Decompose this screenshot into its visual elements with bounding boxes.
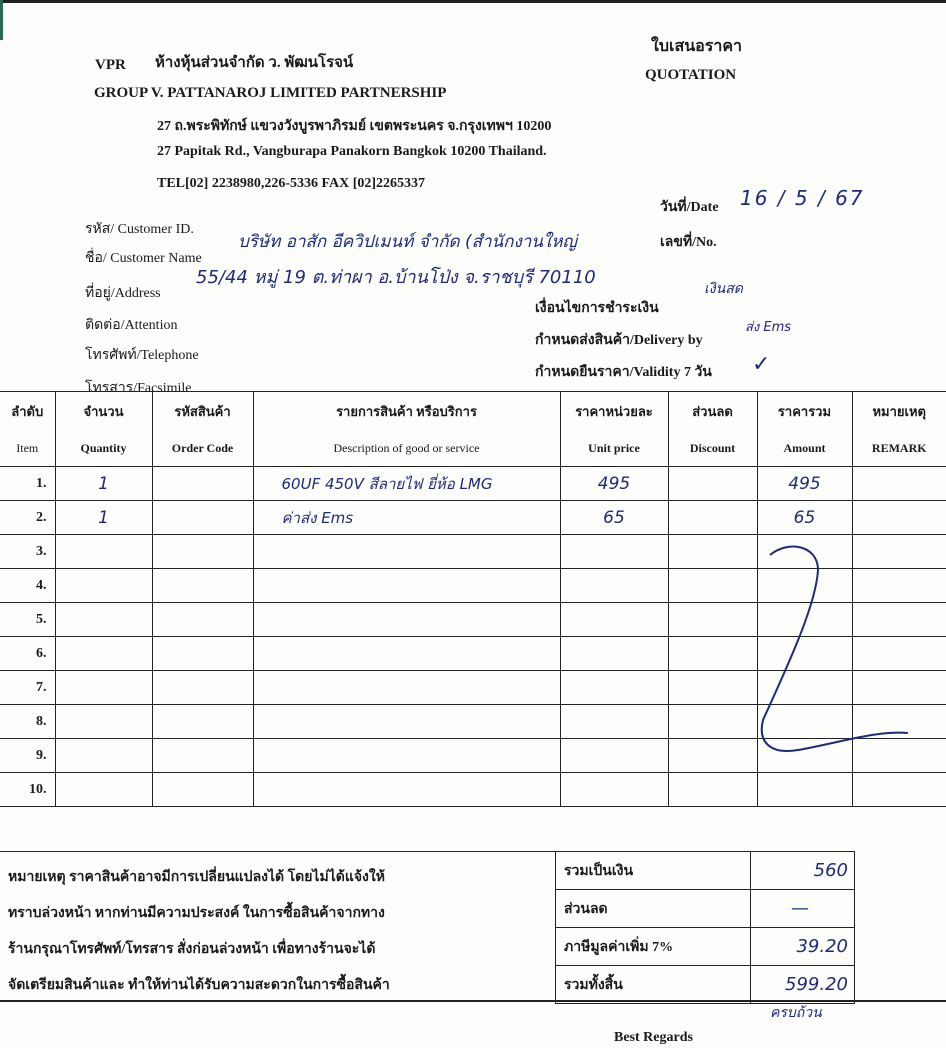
company-address-th: 27 ถ.พระพิทักษ์ แขวงวังบูรพาภิรมย์ เขตพร…: [157, 115, 551, 137]
item-number: 4.: [0, 569, 55, 603]
item-remark: [852, 671, 946, 705]
item-order-code: [152, 637, 253, 671]
item-discount: [668, 501, 757, 535]
col-item-en: Item: [0, 430, 55, 467]
item-description: [253, 705, 560, 739]
item-number: 7.: [0, 671, 55, 705]
item-amount: [757, 671, 852, 705]
summary-total: รวมทั้งสิ้น 599.20: [556, 966, 855, 1004]
scan-top-edge: [0, 0, 946, 3]
payment-terms-value: เงินสด: [704, 278, 743, 300]
item-unit-price: [560, 569, 668, 603]
item-order-code: [152, 739, 253, 773]
table-row: 8.: [0, 705, 946, 739]
item-amount: 65: [757, 501, 852, 535]
item-order-code: [152, 501, 253, 535]
col-code-en: Order Code: [152, 430, 253, 467]
item-unit-price: [560, 773, 668, 807]
document-title-th: ใบเสนอราคา: [651, 34, 742, 59]
customer-id-label: รหัส/ Customer ID.: [85, 218, 194, 240]
item-description: [253, 671, 560, 705]
item-remark: [852, 603, 946, 637]
col-qty-th: จำนวน: [55, 392, 152, 431]
item-discount: [668, 569, 757, 603]
item-number: 2.: [0, 501, 55, 535]
item-unit-price: [560, 637, 668, 671]
item-discount: [668, 535, 757, 569]
terms-note-line: จัดเตรียมสินค้าและ ทำให้ท่านได้รับความสะ…: [8, 968, 548, 1004]
col-qty-en: Quantity: [55, 430, 152, 467]
item-quantity: 1: [55, 467, 152, 501]
item-number: 8.: [0, 705, 55, 739]
item-discount: [668, 603, 757, 637]
col-desc-th: รายการสินค้า หรือบริการ: [253, 392, 560, 431]
item-number: 9.: [0, 739, 55, 773]
item-unit-price: 65: [560, 501, 668, 535]
item-order-code: [152, 705, 253, 739]
item-quantity: 1: [55, 501, 152, 535]
table-row: 6.: [0, 637, 946, 671]
item-quantity: [55, 671, 152, 705]
col-desc-en: Description of good or service: [253, 430, 560, 467]
vat-value: 39.20: [751, 928, 855, 966]
col-unit-th: ราคาหน่วยละ: [560, 392, 668, 431]
table-row: 3.: [0, 535, 946, 569]
col-code-th: รหัสสินค้า: [152, 392, 253, 431]
company-name-en: GROUP V. PATTANAROJ LIMITED PARTNERSHIP: [94, 85, 446, 102]
table-header-en: Item Quantity Order Code Description of …: [0, 430, 946, 467]
terms-note-line: ร้านกรุณาโทรศัพท์/โทรสาร สั่งก่อนล่วงหน้…: [8, 932, 548, 968]
item-description: [253, 535, 560, 569]
item-quantity: [55, 773, 152, 807]
summary-subtotal: รวมเป็นเงิน 560: [556, 852, 855, 890]
item-number: 6.: [0, 637, 55, 671]
item-amount: [757, 569, 852, 603]
item-unit-price: [560, 705, 668, 739]
item-description: [253, 773, 560, 807]
company-address-en: 27 Papitak Rd., Vangburapa Panakorn Bang…: [157, 144, 547, 160]
item-description: [253, 637, 560, 671]
subtotal-value: 560: [751, 852, 855, 890]
vat-label: ภาษีมูลค่าเพิ่ม 7%: [556, 928, 751, 966]
item-discount: [668, 637, 757, 671]
customer-name-label: ชื่อ/ Customer Name: [85, 247, 202, 269]
footer-divider: [0, 851, 555, 852]
table-row: 7.: [0, 671, 946, 705]
bottom-divider: [0, 1000, 946, 1002]
items-table: ลำดับ จำนวน รหัสสินค้า รายการสินค้า หรือ…: [0, 391, 946, 807]
date-value: 16 / 5 / 67: [740, 186, 865, 210]
item-unit-price: [560, 671, 668, 705]
item-quantity: [55, 739, 152, 773]
table-row: 4.: [0, 569, 946, 603]
number-label: เลขที่/No.: [660, 231, 717, 253]
total-value: 599.20: [751, 966, 855, 1004]
item-number: 1.: [0, 467, 55, 501]
item-order-code: [152, 773, 253, 807]
item-remark: [852, 773, 946, 807]
item-description: 60UF 450V สีลายไฟ ยี่ห้อ LMG: [253, 467, 560, 501]
summary-discount: ส่วนลด —: [556, 890, 855, 928]
col-discount-th: ส่วนลด: [668, 392, 757, 431]
customer-address-value: 55/44 หมู่ 19 ต.ท่าผา อ.บ้านโป่ง จ.ราชบุ…: [196, 262, 596, 291]
item-order-code: [152, 671, 253, 705]
terms-note-line: ทราบล่วงหน้า หากท่านมีความประสงค์ ในการซ…: [8, 896, 548, 932]
scan-left-edge: [0, 0, 3, 40]
item-order-code: [152, 603, 253, 637]
item-remark: [852, 501, 946, 535]
item-amount: [757, 637, 852, 671]
customer-address-label: ที่อยู่/Address: [85, 282, 161, 304]
item-unit-price: [560, 535, 668, 569]
delivery-value: ส่ง Ems: [745, 316, 791, 337]
item-description: [253, 739, 560, 773]
item-remark: [852, 637, 946, 671]
col-amount-en: Amount: [757, 430, 852, 467]
item-quantity: [55, 705, 152, 739]
terms-note-line: หมายเหตุ ราคาสินค้าอาจมีการเปลี่ยนแปลงได…: [8, 860, 548, 896]
payment-terms-label: เงื่อนไขการชำระเงิน: [535, 297, 659, 319]
table-row: 10.: [0, 773, 946, 807]
discount-value: —: [751, 890, 855, 928]
col-item-th: ลำดับ: [0, 392, 55, 431]
company-contact: TEL[02] 2238980,226-5336 FAX [02]2265337: [157, 176, 425, 192]
item-description: ค่าส่ง Ems: [253, 501, 560, 535]
attention-label: ติดต่อ/Attention: [85, 314, 177, 336]
summary-vat: ภาษีมูลค่าเพิ่ม 7% 39.20: [556, 928, 855, 966]
subtotal-label: รวมเป็นเงิน: [556, 852, 751, 890]
customer-name-value: บริษัท อาสัก อีควิปเมนท์ จำกัด (สำนักงาน…: [238, 228, 577, 255]
table-row: 5.: [0, 603, 946, 637]
table-row: 2.1ค่าส่ง Ems6565: [0, 501, 946, 535]
item-discount: [668, 705, 757, 739]
table-header-th: ลำดับ จำนวน รหัสสินค้า รายการสินค้า หรือ…: [0, 392, 946, 431]
document-title-en: QUOTATION: [645, 67, 736, 84]
item-amount: [757, 739, 852, 773]
col-remark-en: REMARK: [852, 430, 946, 467]
delivery-label: กำหนดส่งสินค้า/Delivery by: [535, 329, 703, 351]
company-name-th: ห้างหุ้นส่วนจำกัด ว. พัฒนโรจน์: [155, 50, 353, 74]
item-description: [253, 569, 560, 603]
validity-label: กำหนดยืนราคา/Validity 7 วัน: [535, 361, 712, 383]
col-amount-th: ราคารวม: [757, 392, 852, 431]
best-regards: Best Regards: [614, 1030, 693, 1046]
item-number: 3.: [0, 535, 55, 569]
item-unit-price: [560, 603, 668, 637]
item-amount: 495: [757, 467, 852, 501]
item-quantity: [55, 603, 152, 637]
item-discount: [668, 671, 757, 705]
item-amount: [757, 773, 852, 807]
discount-label: ส่วนลด: [556, 890, 751, 928]
item-quantity: [55, 637, 152, 671]
item-remark: [852, 467, 946, 501]
telephone-label: โทรศัพท์/Telephone: [85, 344, 199, 366]
terms-note: หมายเหตุ ราคาสินค้าอาจมีการเปลี่ยนแปลงได…: [8, 860, 548, 1004]
col-unit-en: Unit price: [560, 430, 668, 467]
table-row: 9.: [0, 739, 946, 773]
total-label: รวมทั้งสิ้น: [556, 966, 751, 1004]
item-number: 10.: [0, 773, 55, 807]
item-order-code: [152, 535, 253, 569]
item-remark: [852, 705, 946, 739]
date-label: วันที่/Date: [660, 196, 719, 218]
item-remark: [852, 535, 946, 569]
item-amount: [757, 603, 852, 637]
item-quantity: [55, 569, 152, 603]
item-discount: [668, 467, 757, 501]
item-remark: [852, 569, 946, 603]
item-description: [253, 603, 560, 637]
item-unit-price: 495: [560, 467, 668, 501]
item-discount: [668, 739, 757, 773]
item-order-code: [152, 569, 253, 603]
item-discount: [668, 773, 757, 807]
item-number: 5.: [0, 603, 55, 637]
item-remark: [852, 739, 946, 773]
item-amount: [757, 705, 852, 739]
summary-table: รวมเป็นเงิน 560 ส่วนลด — ภาษีมูลค่าเพิ่ม…: [555, 851, 855, 1004]
total-signature: ครบถ้วน: [770, 1002, 822, 1024]
col-remark-th: หมายเหตุ: [852, 392, 946, 431]
validity-check-icon: ✓: [752, 352, 770, 377]
item-order-code: [152, 467, 253, 501]
item-amount: [757, 535, 852, 569]
col-discount-en: Discount: [668, 430, 757, 467]
item-quantity: [55, 535, 152, 569]
table-row: 1.160UF 450V สีลายไฟ ยี่ห้อ LMG495495: [0, 467, 946, 501]
company-abbrev: VPR: [95, 57, 126, 74]
item-unit-price: [560, 739, 668, 773]
